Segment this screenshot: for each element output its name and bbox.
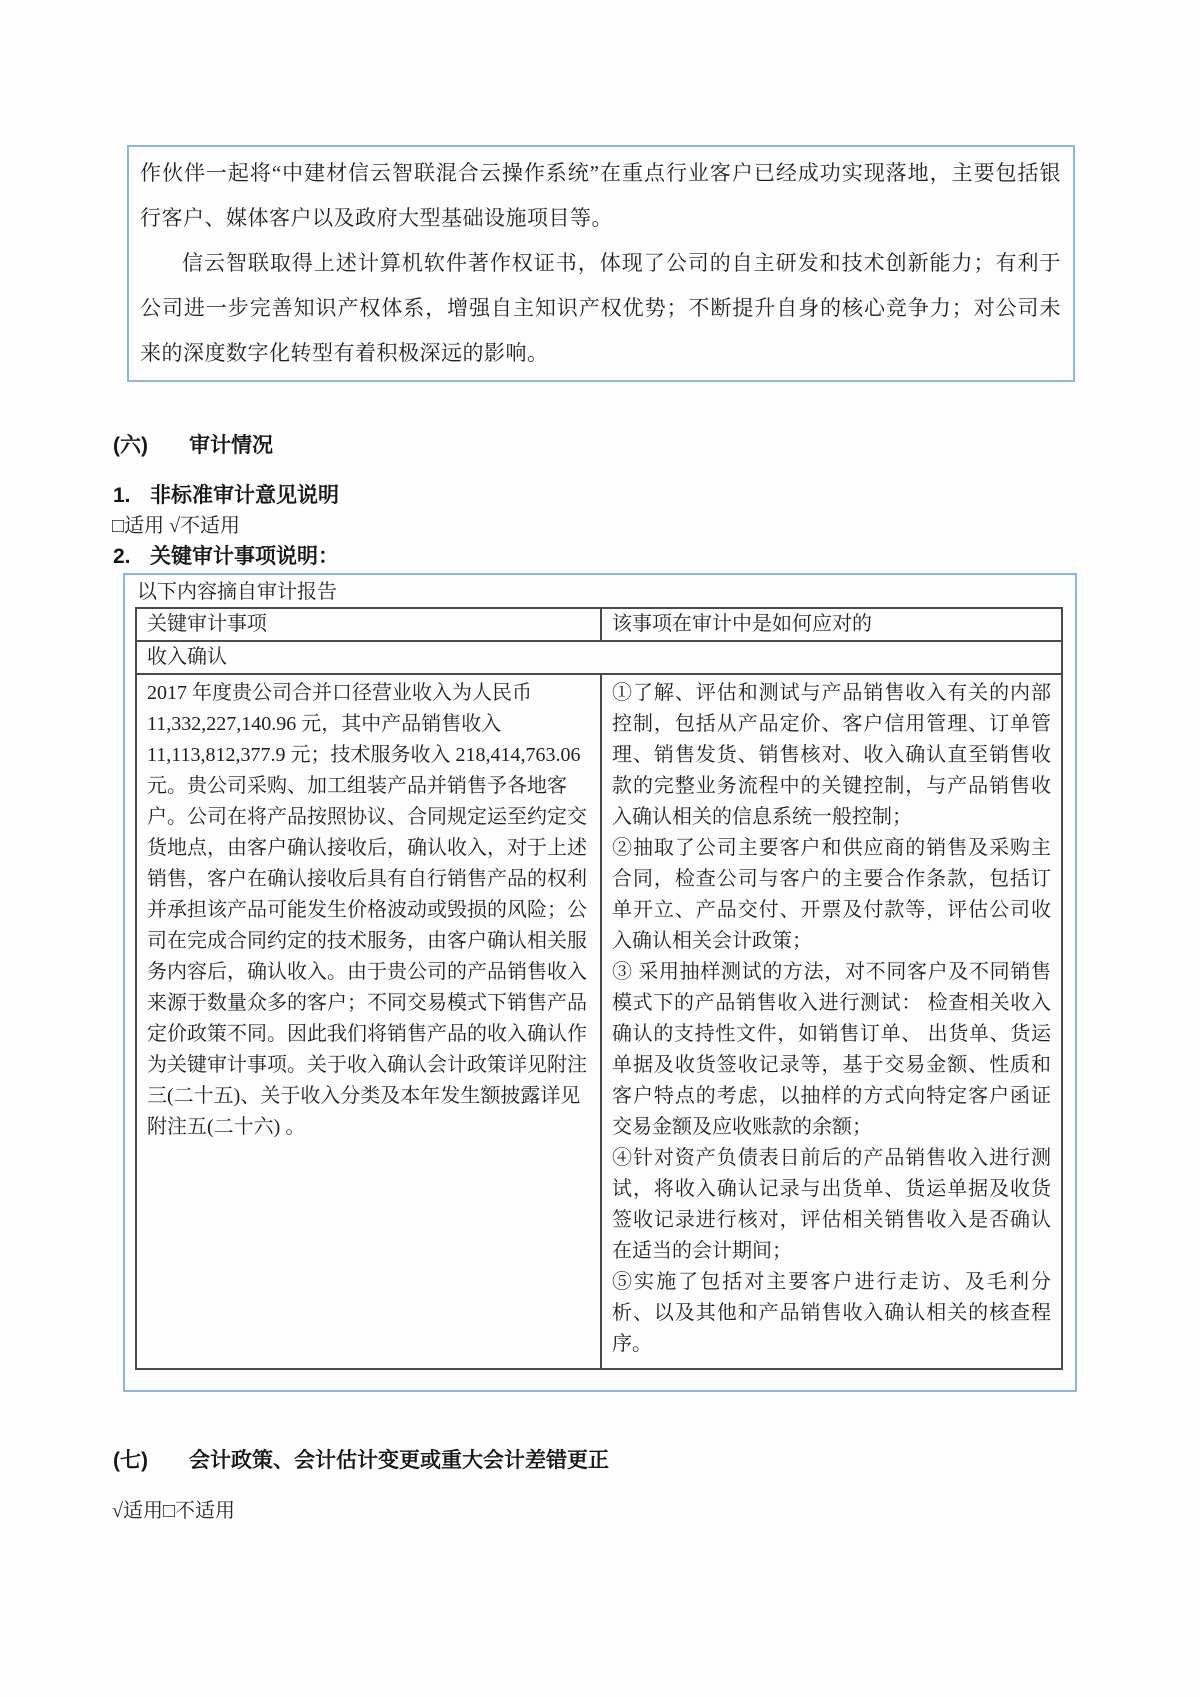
header-audit-response: 该事项在审计中是如何应对的 — [601, 608, 1062, 641]
audit-response-item-3: ③ 采用抽样测试的方法，对不同客户及不同销售模式下的产品销售收入进行测试： 检查… — [612, 957, 1051, 1143]
excerpt-text-box: 作伙伴一起将“中建材信云智联混合云操作系统”在重点行业客户已经成功实现落地，主要… — [127, 145, 1075, 382]
section-7-heading: (七)会计政策、会计估计变更或重大会计差错更正 — [113, 1446, 609, 1476]
audit-response-cell: ①了解、评估和测试与产品销售收入有关的内部控制，包括从产品定价、客户信用管理、订… — [601, 674, 1062, 1369]
item-2-number: 2. — [113, 543, 150, 571]
section-6-heading: (六)审计情况 — [113, 431, 273, 461]
audit-response-item-2: ②抽取了公司主要客户和供应商的销售及采购主合同，检查公司与客户的主要合作条款，包… — [612, 833, 1051, 957]
item-1-heading: 1.非标准审计意见说明 — [113, 482, 339, 510]
item-2-title: 关键审计事项说明： — [150, 545, 339, 568]
item-1-title: 非标准审计意见说明 — [150, 484, 339, 507]
table-header-row: 关键审计事项 该事项在审计中是如何应对的 — [136, 608, 1062, 641]
header-key-audit-matter: 关键审计事项 — [136, 608, 601, 641]
section-7-applicability: √适用□不适用 — [112, 1497, 235, 1525]
audit-report-box: 以下内容摘自审计报告 关键审计事项 该事项在审计中是如何应对的 收入确认 201… — [123, 573, 1077, 1392]
subheader-revenue-recognition: 收入确认 — [136, 641, 1062, 674]
excerpt-paragraph-2: 信云智联取得上述计算机软件著作权证书，体现了公司的自主研发和技术创新能力；有利于… — [140, 241, 1061, 376]
item-2-heading: 2.关键审计事项说明： — [113, 543, 339, 571]
audit-response-item-1: ①了解、评估和测试与产品销售收入有关的内部控制，包括从产品定价、客户信用管理、订… — [612, 678, 1051, 833]
audit-report-note: 以下内容摘自审计报告 — [137, 577, 1075, 607]
section-6-title: 审计情况 — [189, 434, 273, 457]
audit-response-item-5: ⑤实施了包括对主要客户进行走访、及毛利分析、以及其他和产品销售收入确认相关的核查… — [612, 1267, 1051, 1360]
key-audit-matters-table: 关键审计事项 该事项在审计中是如何应对的 收入确认 2017 年度贵公司合并口径… — [135, 607, 1063, 1370]
key-audit-matter-cell: 2017 年度贵公司合并口径营业收入为人民币 11,332,227,140.96… — [136, 674, 601, 1369]
document-page: 作伙伴一起将“中建材信云智联混合云操作系统”在重点行业客户已经成功实现落地，主要… — [0, 0, 1200, 1697]
excerpt-paragraph-1: 作伙伴一起将“中建材信云智联混合云操作系统”在重点行业客户已经成功实现落地，主要… — [140, 151, 1061, 241]
table-subheader-row: 收入确认 — [136, 641, 1062, 674]
section-7-number: (七) — [113, 1446, 148, 1476]
item-1-applicability: □适用 √不适用 — [112, 512, 240, 540]
section-7-title: 会计政策、会计估计变更或重大会计差错更正 — [189, 1449, 609, 1472]
table-content-row: 2017 年度贵公司合并口径营业收入为人民币 11,332,227,140.96… — [136, 674, 1062, 1369]
audit-response-item-4: ④针对资产负债表日前后的产品销售收入进行测试，将收入确认记录与出货单、货运单据及… — [612, 1143, 1051, 1267]
section-6-number: (六) — [113, 431, 148, 461]
item-1-number: 1. — [113, 482, 150, 510]
